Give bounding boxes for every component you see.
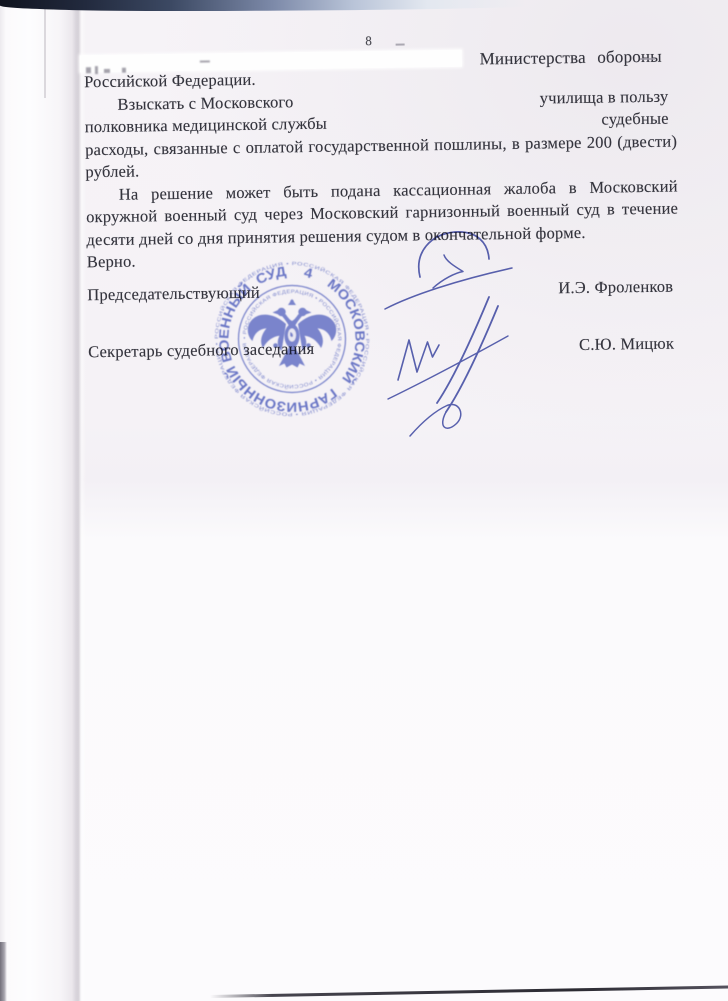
page-fold-crease bbox=[72, 0, 86, 1001]
handwritten-signature bbox=[362, 222, 532, 447]
secretary-name: С.Ю. Мицюк bbox=[579, 333, 674, 355]
scan-bottom-left-shadow bbox=[0, 942, 7, 1001]
chairman-name: И.Э. Фроленков bbox=[558, 276, 673, 299]
page-fold-crease-top bbox=[44, 6, 46, 98]
scan-dash-artifact bbox=[396, 44, 405, 46]
page-number: 8 bbox=[353, 33, 383, 49]
body-line-right: училища в пользу bbox=[539, 85, 668, 108]
double-headed-eagle-icon bbox=[248, 299, 336, 368]
redacted-text-remnant bbox=[200, 60, 210, 62]
scan-left-page-fold bbox=[0, 0, 80, 1001]
body-line-right: судебные bbox=[601, 108, 669, 130]
body-line-left: Взыскать с Московского bbox=[84, 91, 293, 115]
faint-dash-artifact bbox=[640, 58, 655, 60]
body-line-left: полковника медицинской службы bbox=[85, 113, 328, 138]
